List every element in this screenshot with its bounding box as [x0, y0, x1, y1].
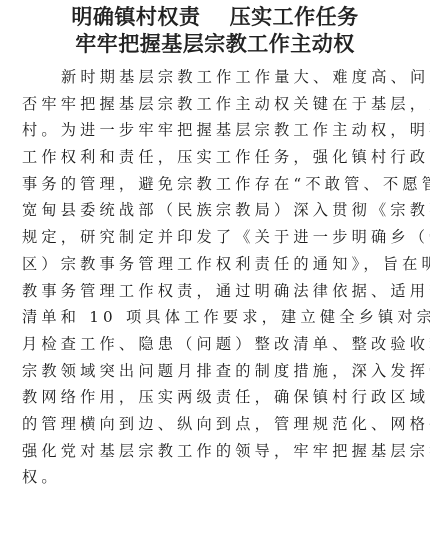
document-title: 明确镇村权责 压实工作任务 牢牢把握基层宗教工作主动权	[0, 0, 430, 58]
body-line: 教事务管理工作权责，通过明确法律依据、适用范围、权责	[22, 278, 414, 305]
body-line: 月检查工作、隐患（问题）整改清单、整改验收和村（社区）	[22, 331, 414, 358]
body-line: 村。为进一步牢牢把握基层宗教工作主动权，明确镇村宗教	[22, 117, 414, 144]
body-line: 规定，研究制定并印发了《关于进一步明确乡（镇）村（社	[22, 224, 414, 251]
body-line: 教网络作用，压实两级责任，确保镇村行政区域内宗教事务	[22, 384, 414, 411]
body-line: 清单和 10 项具体工作要求，建立健全乡镇对宗教活动场所	[22, 304, 414, 331]
body-line: 宗教领域突出问题月排查的制度措施，深入发挥镇村两级宗	[22, 358, 414, 385]
body-line: 新时期基层宗教工作工作量大、难度高、问题突出。能	[22, 64, 414, 91]
body-line: 宽甸县委统战部（民族宗教局）深入贯彻《宗教事务条例》	[22, 197, 414, 224]
body-line: 否牢牢把握基层宗教工作主动权关键在于基层，主要在镇	[22, 91, 414, 118]
body-paragraph: 新时期基层宗教工作工作量大、难度高、问题突出。能 否牢牢把握基层宗教工作主动权关…	[22, 64, 414, 491]
body-line: 事务的管理，避免宗教工作存在“不敢管、不愿管”的问题，	[22, 171, 414, 198]
body-line: 工作权利和责任，压实工作任务，强化镇村行政区域内宗教	[22, 144, 414, 171]
body-line: 权。	[22, 464, 414, 491]
body-line: 区）宗教事务管理工作权利责任的通知》，旨在明确镇村宗	[22, 251, 414, 278]
body-line: 的管理横向到边、纵向到点，管理规范化、网格化、精细化，	[22, 411, 414, 438]
title-line-1: 明确镇村权责 压实工作任务	[0, 4, 430, 31]
document-page: 明确镇村权责 压实工作任务 牢牢把握基层宗教工作主动权 新时期基层宗教工作工作量…	[0, 0, 430, 58]
body-line: 强化党对基层宗教工作的领导，牢牢把握基层宗教工作主动	[22, 438, 414, 465]
title-line-2: 牢牢把握基层宗教工作主动权	[0, 31, 430, 58]
